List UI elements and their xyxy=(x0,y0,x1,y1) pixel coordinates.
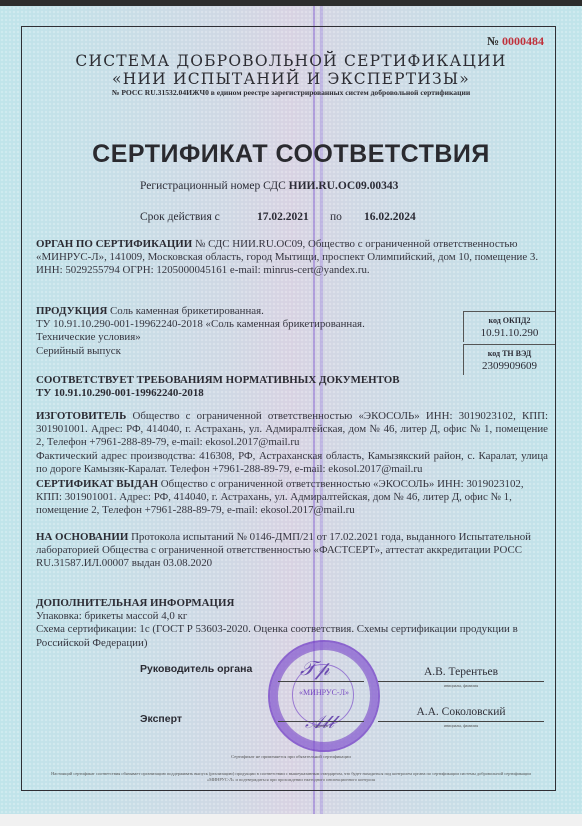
stamp-text: «МИНРУС-Л» xyxy=(270,688,378,697)
document-title: СЕРТИФИКАТ СООТВЕТСТВИЯ xyxy=(0,140,582,169)
conformity-standard: ТУ 10.91.10.290-001-19962240-2018 xyxy=(36,387,548,400)
number-label: № xyxy=(487,34,499,48)
signature-line xyxy=(278,681,364,682)
footer-text: Настоящий сертификат соответствия обязыв… xyxy=(50,771,532,783)
issued-to-section: СЕРТИФИКАТ ВЫДАН Общество с ограниченной… xyxy=(36,478,548,518)
issued-to-label: СЕРТИФИКАТ ВЫДАН xyxy=(36,478,158,490)
footer-note: Сертификат не применяется при обязательн… xyxy=(0,754,582,759)
system-name-line2: «НИИ ИСПЫТАНИЙ И ЭКСПЕРТИЗЫ» xyxy=(0,70,582,88)
name-caption: инициалы, фамилия xyxy=(378,723,544,728)
okpd2-code-box: код ОКПД2 10.91.10.290 xyxy=(463,311,555,342)
conformity-section: СООТВЕТСТВУЕТ ТРЕБОВАНИЯМ НОРМАТИВНЫХ ДО… xyxy=(36,374,548,400)
signer-name-expert: А.А. Соколовский xyxy=(378,706,544,718)
okpd2-value: 10.91.10.290 xyxy=(481,327,539,339)
product-spec: ТУ 10.91.10.290-001-19962240-2018 «Соль … xyxy=(36,318,456,331)
certificate-number: № 0000484 xyxy=(487,34,544,49)
basis-section: НА ОСНОВАНИИ Протокола испытаний № 0146-… xyxy=(36,531,548,571)
signer-role-head: Руководитель органа xyxy=(140,663,252,675)
validity-period: Срок действия с 17.02.2021 по 16.02.2024 xyxy=(140,211,220,223)
basis-label: НА ОСНОВАНИИ xyxy=(36,531,128,543)
registration-value: НИИ.RU.ОС09.00343 xyxy=(289,180,399,192)
signature-caption: подпись xyxy=(278,723,364,728)
additional-info-label: ДОПОЛНИТЕЛЬНАЯ ИНФОРМАЦИЯ xyxy=(36,597,548,610)
product-spec-cont: Технические условия» xyxy=(36,331,456,344)
manufacturer-actual-address: Фактический адрес производства: 416308, … xyxy=(36,450,548,476)
tnved-code-box: код ТН ВЭД 2309909609 xyxy=(463,344,555,375)
system-registry: № РОСС RU.31532.04ИЖЧ0 в едином реестре … xyxy=(0,88,582,97)
system-name-line1: СИСТЕМА ДОБРОВОЛЬНОЙ СЕРТИФИКАЦИИ xyxy=(0,52,582,70)
signature-line xyxy=(278,721,364,722)
validity-label: Срок действия с xyxy=(140,211,220,223)
certification-body: ОРГАН ПО СЕРТИФИКАЦИИ № СДС НИИ.RU.ОС09,… xyxy=(36,238,548,278)
validity-from: 17.02.2021 xyxy=(257,211,309,223)
name-caption: инициалы, фамилия xyxy=(378,683,544,688)
additional-info-section: ДОПОЛНИТЕЛЬНАЯ ИНФОРМАЦИЯ Упаковка: брик… xyxy=(36,597,548,650)
validity-to: 16.02.2024 xyxy=(364,211,416,223)
conformity-heading: СООТВЕТСТВУЕТ ТРЕБОВАНИЯМ НОРМАТИВНЫХ ДО… xyxy=(36,374,548,387)
bottom-strip xyxy=(0,814,582,826)
number-value: 0000484 xyxy=(502,34,544,48)
certification-body-label: ОРГАН ПО СЕРТИФИКАЦИИ xyxy=(36,238,192,250)
product-name: Соль каменная брикетированная. xyxy=(110,305,264,317)
packaging-info: Упаковка: брикеты массой 4,0 кг xyxy=(36,610,548,623)
tnved-value: 2309909609 xyxy=(482,360,537,372)
product-release: Серийный выпуск xyxy=(36,345,456,358)
validity-to-label: по xyxy=(330,211,342,223)
name-line xyxy=(378,721,544,722)
name-line xyxy=(378,681,544,682)
product-label: ПРОДУКЦИЯ xyxy=(36,305,107,317)
product-section: ПРОДУКЦИЯ Соль каменная брикетированная.… xyxy=(36,305,456,358)
manufacturer-label: ИЗГОТОВИТЕЛЬ xyxy=(36,410,126,422)
manufacturer-section: ИЗГОТОВИТЕЛЬ Общество с ограниченной отв… xyxy=(36,410,548,476)
signature-head: 𝒯𝓅 xyxy=(300,656,330,680)
okpd2-label: код ОКПД2 xyxy=(464,312,555,327)
signer-name-head: А.В. Терентьев xyxy=(378,666,544,678)
registration-label: Регистрационный номер СДС xyxy=(140,180,286,192)
registration-number: Регистрационный номер СДС НИИ.RU.ОС09.00… xyxy=(140,180,398,192)
signer-role-expert: Эксперт xyxy=(140,713,182,725)
certification-scheme: Схема сертификации: 1с (ГОСТ Р 53603-202… xyxy=(36,623,548,649)
tnved-label: код ТН ВЭД xyxy=(464,345,555,360)
